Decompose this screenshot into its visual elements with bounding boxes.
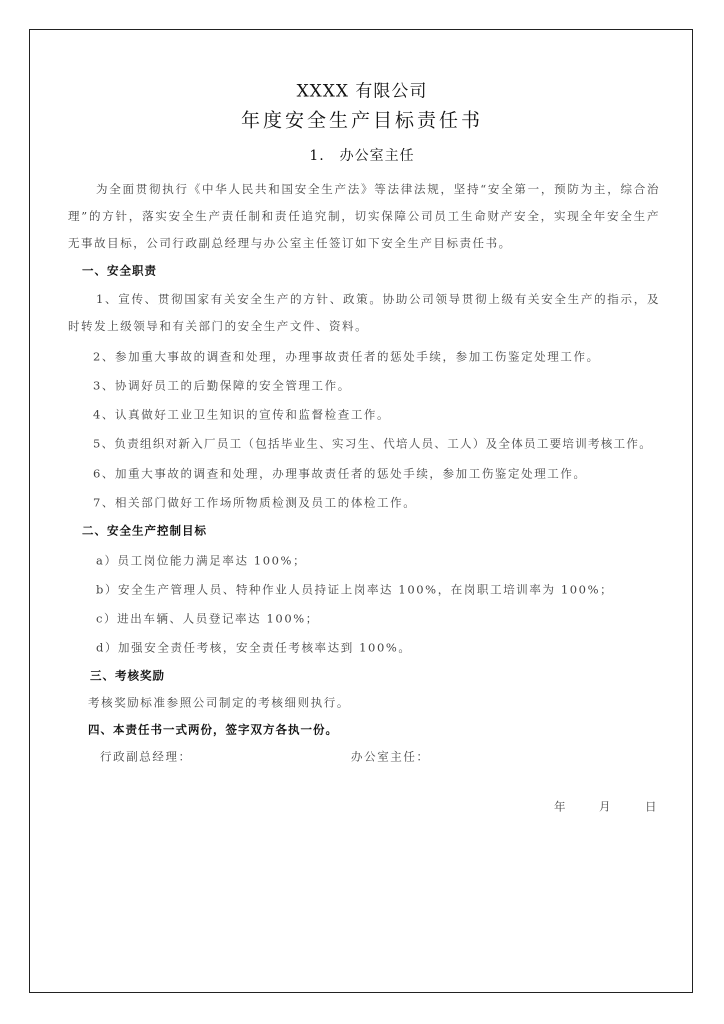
company-title: XXXX 有限公司 [0,84,724,101]
page-border [29,29,693,993]
date-month: 月 [599,801,612,813]
responsibility-item-6: 6、加重大事故的调查和处理，办理事故责任者的惩处手续，参加工伤鉴定处理工作。 [93,468,587,480]
section-heading-responsibilities: 一、安全职责 [82,265,157,277]
signature-left-label: 行政副总经理： [100,751,192,763]
responsibility-item-1: 1、宣传、贯彻国家有关安全生产的方针、政策。协助公司领导贯彻上级有关安全生产的指… [68,286,660,340]
responsibility-item-4: 4、认真做好工业卫生知识的宣传和监督检查工作。 [93,409,390,421]
assessment-text: 考核奖励标准参照公司制定的考核细则执行。 [88,697,350,709]
signature-right-label: 办公室主任： [351,751,430,763]
date-year: 年 [554,801,567,813]
date-day: 日 [645,801,658,813]
responsibility-item-2: 2、参加重大事故的调查和处理，办理事故责任者的惩处手续，参加工伤鉴定处理工作。 [93,351,600,363]
target-item-a: a）员工岗位能力满足率达 100%； [96,555,306,567]
target-item-b: b）安全生产管理人员、特种作业人员持证上岗率达 100%，在岗职工培训率为 10… [96,584,613,596]
section-heading-targets: 二、安全生产控制目标 [82,525,207,537]
responsibility-item-5: 5、负责组织对新入厂员工（包括毕业生、实习生、代培人员、工人）及全体员工要培训考… [93,438,652,450]
responsibility-item-7: 7、相关部门做好工作场所物质检测及员工的体检工作。 [93,497,416,509]
intro-paragraph: 为全面贯彻执行《中华人民共和国安全生产法》等法律法规，坚持“安全第一，预防为主，… [68,176,660,257]
responsibility-item-3: 3、协调好员工的后勤保障的安全管理工作。 [93,380,351,392]
target-item-c: c）进出车辆、人员登记率达 100%； [96,613,319,625]
target-item-d: d）加强安全责任考核，安全责任考核率达到 100%。 [96,642,412,654]
section-heading-copies: 四、本责任书一式两份，签字双方各执一份。 [88,724,338,736]
section-heading-assessment: 三、考核奖励 [90,670,165,682]
document-subheading: 1. 办公室主任 [0,149,724,163]
document-title: 年度安全生产目标责任书 [0,112,724,131]
